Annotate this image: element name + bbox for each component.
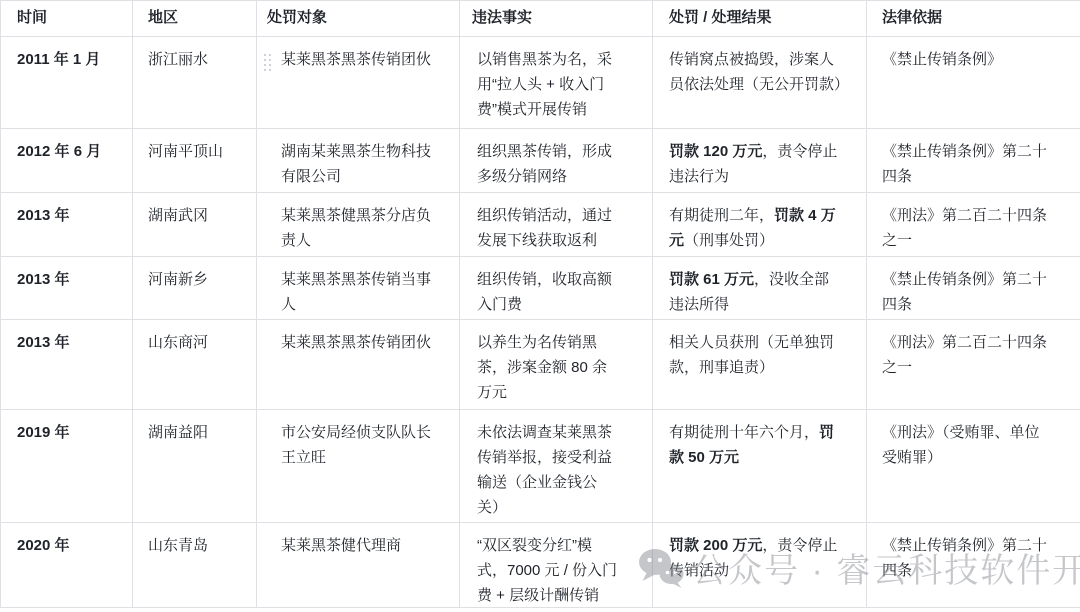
cell-target: 市公安局经侦支队队长王立旺 xyxy=(257,410,460,522)
cell-region: 河南新乡 xyxy=(133,257,257,319)
cell-target: 某莱黑茶黑茶传销团伙 xyxy=(257,37,460,128)
cell-result: 罚款 61 万元，没收全部违法所得 xyxy=(653,257,867,319)
cell-facts: “双区裂变分红”模式，7000 元 / 份入门费 + 层级计酬传销 xyxy=(460,523,653,607)
cell-law: 《刑法》（受贿罪、单位受贿罪） xyxy=(867,410,1080,522)
result-text-rest: （刑事处罚） xyxy=(684,232,774,249)
cell-region: 湖南武冈 xyxy=(133,193,257,256)
cell-law: 《禁止传销条例》 xyxy=(867,37,1080,128)
cell-time: 2011 年 1 月 xyxy=(1,37,133,128)
result-amount: 罚款 120 万元 xyxy=(669,143,762,160)
cell-time: 2012 年 6 月 xyxy=(1,129,133,192)
cell-law: 《刑法》第二百二十四条之一 xyxy=(867,320,1080,409)
table-row: 2013 年 山东商河 某莱黑茶黑茶传销团伙 以养生为名传销黑茶，涉案金额 80… xyxy=(1,320,1080,410)
table-row: 2020 年 山东青岛 某莱黑茶健代理商 “双区裂变分红”模式，7000 元 /… xyxy=(1,523,1080,608)
cell-time: 2013 年 xyxy=(1,320,133,409)
header-cell-target: 处罚对象 xyxy=(257,1,460,36)
cell-region: 山东商河 xyxy=(133,320,257,409)
cell-result: 有期徒刑二年，罚款 4 万元（刑事处罚） xyxy=(653,193,867,256)
document-page: 时间 地区 处罚对象 违法事实 处罚 / 处理结果 法律依据 2011 年 1 … xyxy=(0,0,1080,612)
cell-target: 某莱黑茶黑茶传销团伙 xyxy=(257,320,460,409)
cell-time: 2020 年 xyxy=(1,523,133,607)
table-row: 2019 年 湖南益阳 市公安局经侦支队队长王立旺 未依法调查某莱黑茶传销举报，… xyxy=(1,410,1080,523)
row-drag-handle-icon[interactable] xyxy=(264,54,271,71)
cell-facts: 以养生为名传销黑茶，涉案金额 80 余万元 xyxy=(460,320,653,409)
cell-region: 湖南益阳 xyxy=(133,410,257,522)
cell-law: 《刑法》第二百二十四条之一 xyxy=(867,193,1080,256)
cell-target: 某莱黑茶黑茶传销当事人 xyxy=(257,257,460,319)
cell-time: 2013 年 xyxy=(1,193,133,256)
table-row: 2013 年 湖南武冈 某莱黑茶健黑茶分店负责人 组织传销活动，通过发展下线获取… xyxy=(1,193,1080,257)
result-amount: 罚款 200 万元 xyxy=(669,537,762,554)
result-text: 传销窝点被捣毁，涉案人员依法处理（无公开罚款） xyxy=(669,51,849,93)
table-row: 2013 年 河南新乡 某莱黑茶黑茶传销当事人 组织传销，收取高额入门费 罚款 … xyxy=(1,257,1080,320)
cell-target: 某莱黑茶健代理商 xyxy=(257,523,460,607)
cell-facts: 组织传销，收取高额入门费 xyxy=(460,257,653,319)
cell-target: 某莱黑茶健黑茶分店负责人 xyxy=(257,193,460,256)
penalty-cases-table: 时间 地区 处罚对象 违法事实 处罚 / 处理结果 法律依据 2011 年 1 … xyxy=(0,0,1080,608)
header-cell-law: 法律依据 xyxy=(867,1,1080,36)
cell-result: 有期徒刑十年六个月，罚款 50 万元 xyxy=(653,410,867,522)
header-cell-time: 时间 xyxy=(1,1,133,36)
cell-time: 2013 年 xyxy=(1,257,133,319)
cell-facts: 未依法调查某莱黑茶传销举报，接受利益输送（企业金钱公关） xyxy=(460,410,653,522)
cell-law: 《禁止传销条例》第二十四条 xyxy=(867,129,1080,192)
cell-facts: 组织黑茶传销，形成多级分销网络 xyxy=(460,129,653,192)
result-amount: 罚款 61 万元 xyxy=(669,271,754,288)
cell-result: 罚款 120 万元，责令停止违法行为 xyxy=(653,129,867,192)
cell-region: 河南平顶山 xyxy=(133,129,257,192)
table-header-row: 时间 地区 处罚对象 违法事实 处罚 / 处理结果 法律依据 xyxy=(1,1,1080,37)
header-cell-region: 地区 xyxy=(133,1,257,36)
header-cell-result: 处罚 / 处理结果 xyxy=(653,1,867,36)
header-cell-facts: 违法事实 xyxy=(460,1,653,36)
cell-result: 传销窝点被捣毁，涉案人员依法处理（无公开罚款） xyxy=(653,37,867,128)
cell-law: 《禁止传销条例》第二十四条 xyxy=(867,257,1080,319)
cell-facts: 以销售黑茶为名，采用“拉人头 + 收入门费”模式开展传销 xyxy=(460,37,653,128)
cell-time: 2019 年 xyxy=(1,410,133,522)
cell-facts: 组织传销活动，通过发展下线获取返利 xyxy=(460,193,653,256)
result-text: 有期徒刑二年， xyxy=(669,207,774,224)
cell-law: 《禁止传销条例》第二十四条 xyxy=(867,523,1080,607)
result-text: 相关人员获刑（无单独罚款，刑事追责） xyxy=(669,334,834,376)
table-row: 2012 年 6 月 河南平顶山 湖南某莱黑茶生物科技有限公司 组织黑茶传销，形… xyxy=(1,129,1080,193)
target-text: 某莱黑茶黑茶传销团伙 xyxy=(281,51,431,68)
cell-region: 山东青岛 xyxy=(133,523,257,607)
table-row: 2011 年 1 月 浙江丽水 某莱黑茶黑茶传销团伙 以销售黑茶为名，采用“拉人… xyxy=(1,37,1080,129)
cell-result: 相关人员获刑（无单独罚款，刑事追责） xyxy=(653,320,867,409)
cell-result: 罚款 200 万元，责令停止传销活动 xyxy=(653,523,867,607)
result-text: 有期徒刑十年六个月， xyxy=(669,424,819,441)
cell-target: 湖南某莱黑茶生物科技有限公司 xyxy=(257,129,460,192)
cell-region: 浙江丽水 xyxy=(133,37,257,128)
